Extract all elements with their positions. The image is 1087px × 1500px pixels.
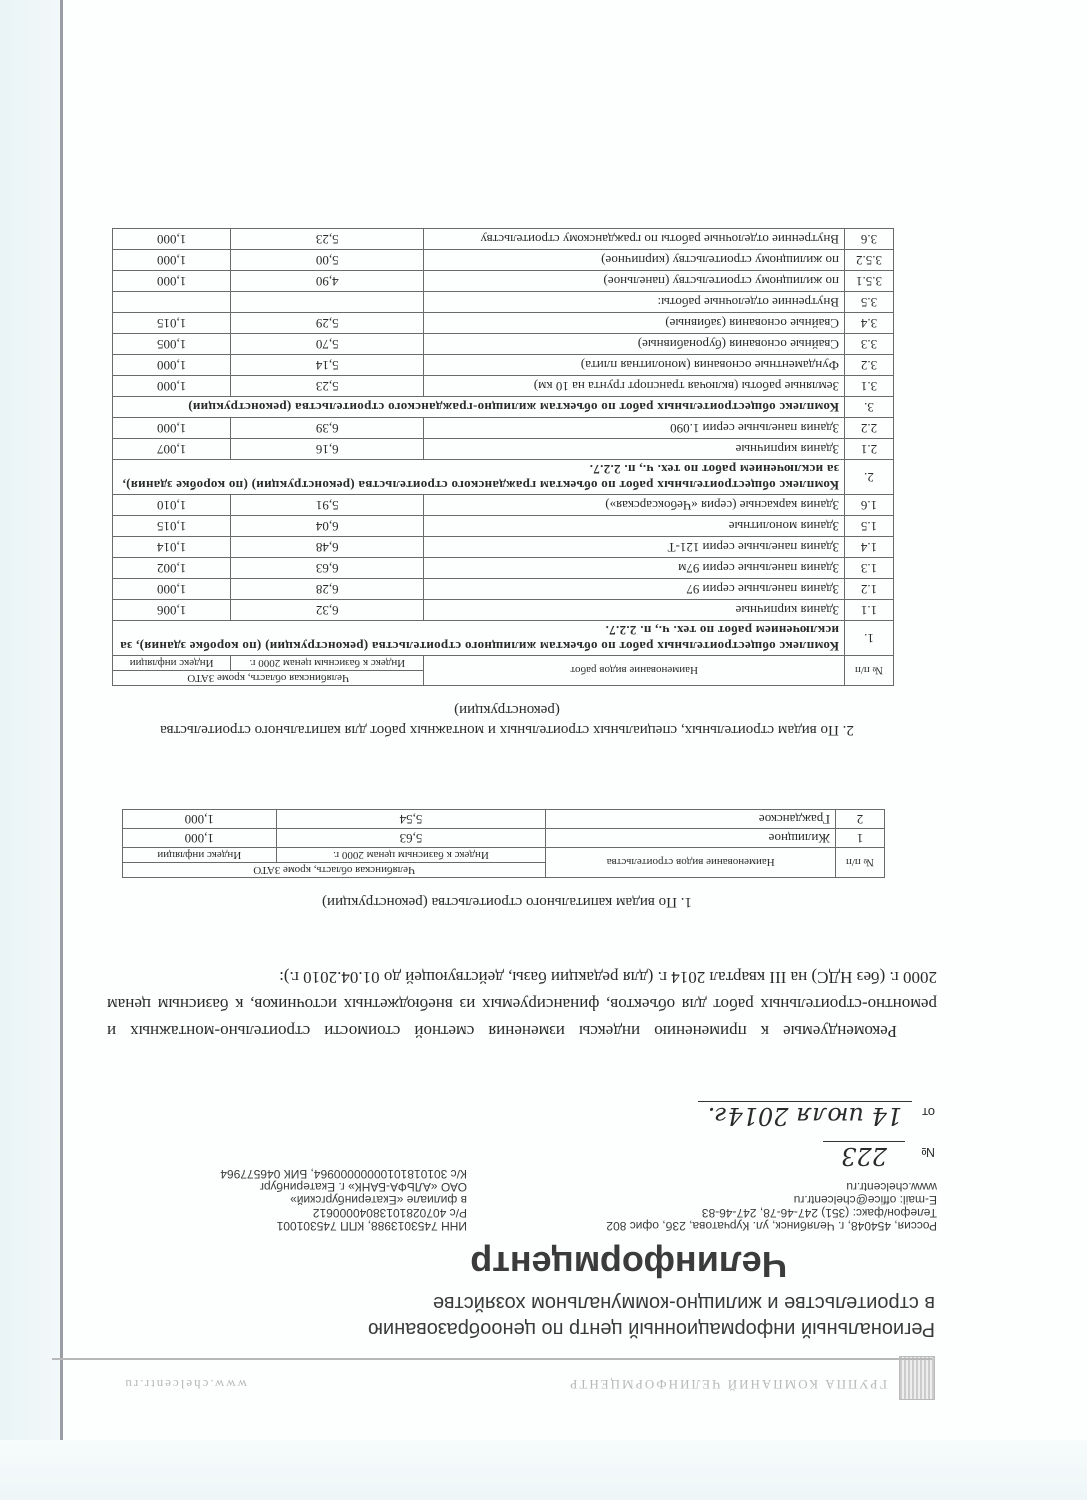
row-num: 2 — [836, 810, 885, 829]
col-inflation: Индекс инфляции — [113, 656, 231, 671]
bank-branch: в филиале «Екатеринбургский» — [220, 1193, 467, 1206]
bank-name: ОАО «АЛЬФА-БАНК» г. Екатеринбург — [220, 1180, 467, 1193]
row-base-index: 6,63 — [231, 558, 424, 579]
row-base-index: 6,48 — [231, 537, 424, 558]
table-row: 3.5.1по жилищному строительству (панельн… — [113, 271, 894, 292]
row-base-index: 5,23 — [231, 229, 424, 250]
table-row: 1.1Здания кирпичные6,321,006 — [113, 600, 894, 621]
col-num: № п/п — [845, 656, 894, 686]
col-num: № п/п — [836, 848, 885, 878]
row-inflation: 1,014 — [113, 537, 231, 558]
table-row: 1.6Здания каркасные (серия «Чебоксарская… — [113, 495, 894, 516]
row-name: Комплекс общестроительных работ по объек… — [113, 621, 845, 656]
row-name: Внутренние отделочные работы: — [424, 292, 845, 313]
col-region: Челябинская область, кроме ЗАТО — [113, 671, 424, 686]
intro-paragraph: Рекомендуемые к применению индексы измен… — [107, 964, 937, 1045]
table-construction-types: № п/п Наименование видов строительства Ч… — [122, 809, 885, 878]
row-name: Гражданское — [546, 810, 836, 829]
col-inflation: Индекс инфляции — [123, 848, 277, 863]
section-2-title: 2. По видам строительных, специальных ст… — [107, 700, 907, 740]
row-name: Земляные работы (включая транспорт грунт… — [424, 376, 845, 397]
table-row: 1.3Здания панельные серии 97м6,631,002 — [113, 558, 894, 579]
col-base-index: Индекс к базисным ценам 2000 г. — [231, 656, 424, 671]
table-row: 3.5.2по жилищному строительству (кирпичн… — [113, 250, 894, 271]
row-name: Внутренние отделочные работы по гражданс… — [424, 229, 845, 250]
row-num: 3.2 — [845, 355, 894, 376]
col-base-index: Индекс к базисным ценам 2000 г. — [276, 848, 546, 863]
row-name: Свайные основания (буронабивные) — [424, 334, 845, 355]
row-num: 3.5.1 — [845, 271, 894, 292]
row-name: Здания панельные серии 1.090 — [424, 418, 845, 439]
row-name: по жилищному строительству (панельное) — [424, 271, 845, 292]
scan-edge — [0, 0, 63, 1500]
row-base-index: 5,14 — [231, 355, 424, 376]
table-row: 3.Комплекс общестроительных работ по объ… — [113, 397, 894, 418]
contacts-bank: ИНН 7453013988, КПП 745301001 Р/с 407028… — [220, 1167, 467, 1232]
row-inflation: 1,000 — [123, 810, 277, 829]
table-row: 2.1Здания кирпичные6,161,007 — [113, 439, 894, 460]
table-row: 3.3Свайные основания (буронабивные)5,701… — [113, 334, 894, 355]
section-1-title: 1. По видам капитального строительства (… — [107, 893, 907, 910]
document-number: №223 — [823, 1142, 935, 1170]
row-base-index: 5,54 — [276, 810, 546, 829]
group-site: www.chelcentr.ru — [123, 1376, 247, 1392]
row-name: Здания кирпичные — [424, 439, 845, 460]
row-inflation: 1,000 — [113, 355, 231, 376]
col-name: Наименование видов строительства — [546, 848, 836, 878]
row-num: 1.3 — [845, 558, 894, 579]
org-line-1: Региональный информационный центр по цен… — [368, 1317, 935, 1340]
table-row: 2.2Здания панельные серии 1.0906,391,000 — [113, 418, 894, 439]
row-num: 1.1 — [845, 600, 894, 621]
table-row: 3.2Фундаментные основания (монолитная пл… — [113, 355, 894, 376]
group-name: ГРУППА КОМПАНИЙ ЧЕЛИНФОРМЦЕНТР — [568, 1376, 887, 1392]
scanned-page: ГРУППА КОМПАНИЙ ЧЕЛИНФОРМЦЕНТР www.chelc… — [0, 0, 1087, 1500]
email: E-mail: office@chelcentr.ru — [606, 1193, 937, 1206]
table-row: 1Жилищное5,631,000 — [123, 829, 885, 848]
inn: ИНН 7453013988, КПП 745301001 — [220, 1219, 467, 1232]
row-inflation: 1,007 — [113, 439, 231, 460]
row-base-index — [231, 292, 424, 313]
table-work-types: № п/п Наименование видов работ Челябинск… — [112, 228, 894, 686]
row-name: Свайные основания (забивные) — [424, 313, 845, 334]
table-row: 1.5Здания монолитные6,041,015 — [113, 516, 894, 537]
row-name: Комплекс общестроительных работ по объек… — [113, 397, 845, 418]
row-name: Комплекс общестроительных работ по объек… — [113, 460, 845, 495]
row-inflation: 1,010 — [113, 495, 231, 516]
row-num: 3.5 — [845, 292, 894, 313]
row-inflation: 1,000 — [113, 418, 231, 439]
org-line-2: в строительстве и жилищно-коммунальном х… — [433, 1291, 935, 1314]
row-base-index: 6,32 — [231, 600, 424, 621]
row-inflation: 1,015 — [113, 516, 231, 537]
row-base-index: 6,39 — [231, 418, 424, 439]
doc-number-label: № — [921, 1145, 935, 1160]
row-num: 1.4 — [845, 537, 894, 558]
col-name: Наименование видов работ — [424, 656, 845, 686]
row-num: 3.5.2 — [845, 250, 894, 271]
row-name: Здания панельные серии 97м — [424, 558, 845, 579]
row-base-index: 5,00 — [231, 250, 424, 271]
org-title: Челинформцентр — [470, 1243, 787, 1285]
table-row: 3.1Земляные работы (включая транспорт гр… — [113, 376, 894, 397]
row-name: Здания панельные серии 97 — [424, 579, 845, 600]
row-num: 2. — [845, 460, 894, 495]
corr-account: К/с 30101810100000000964, БИК 046577964 — [220, 1167, 467, 1180]
contacts-address: Россия, 454048, г. Челябинск, ул. Курчат… — [606, 1180, 937, 1232]
row-inflation: 1,000 — [113, 229, 231, 250]
row-base-index: 5,23 — [231, 376, 424, 397]
row-num: 2.1 — [845, 439, 894, 460]
row-num: 3.6 — [845, 229, 894, 250]
row-base-index: 4,90 — [231, 271, 424, 292]
row-num: 1.6 — [845, 495, 894, 516]
phone: Телефон/факс: (351) 247-46-78, 247-46-83 — [606, 1206, 937, 1219]
col-region: Челябинская область, кроме ЗАТО — [123, 863, 546, 878]
row-base-index: 5,91 — [231, 495, 424, 516]
document-date: от14 июля 2014г. — [698, 1102, 935, 1130]
address: Россия, 454048, г. Челябинск, ул. Курчат… — [606, 1219, 937, 1232]
row-inflation: 1,005 — [113, 334, 231, 355]
row-name: Жилищное — [546, 829, 836, 848]
row-num: 3.1 — [845, 376, 894, 397]
account: Р/с 40702810138040000612 — [220, 1206, 467, 1219]
row-name: Здания монолитные — [424, 516, 845, 537]
table-row: 3.6Внутренние отделочные работы по гражд… — [113, 229, 894, 250]
table-row: 2.Комплекс общестроительных работ по объ… — [113, 460, 894, 495]
row-name: Здания каркасные (серия «Чебоксарская») — [424, 495, 845, 516]
row-base-index: 6,16 — [231, 439, 424, 460]
row-inflation: 1,015 — [113, 313, 231, 334]
row-name: по жилищному строительству (кирпичное) — [424, 250, 845, 271]
table-row: 3.4Свайные основания (забивные)5,291,015 — [113, 313, 894, 334]
row-inflation: 1,000 — [113, 376, 231, 397]
row-num: 1.5 — [845, 516, 894, 537]
row-num: 3.3 — [845, 334, 894, 355]
row-num: 2.2 — [845, 418, 894, 439]
row-base-index: 5,63 — [276, 829, 546, 848]
row-base-index: 6,04 — [231, 516, 424, 537]
row-inflation: 1,006 — [113, 600, 231, 621]
doc-date-label: от — [922, 1105, 935, 1120]
doc-date-value: 14 июля 2014г. — [698, 1101, 912, 1130]
row-base-index: 5,29 — [231, 313, 424, 334]
row-inflation: 1,000 — [123, 829, 277, 848]
row-inflation: 1,000 — [113, 579, 231, 600]
row-num: 1 — [836, 829, 885, 848]
table-row: 3.5Внутренние отделочные работы: — [113, 292, 894, 313]
table-row: 1.4Здания панельные серии 121-Т6,481,014 — [113, 537, 894, 558]
row-inflation: 1,000 — [113, 250, 231, 271]
doc-number-value: 223 — [823, 1141, 905, 1170]
row-base-index: 5,70 — [231, 334, 424, 355]
row-name: Здания кирпичные — [424, 600, 845, 621]
table-row: 2Гражданское5,541,000 — [123, 810, 885, 829]
table-row: 1.Комплекс общестроительных работ по объ… — [113, 621, 894, 656]
row-base-index: 6,28 — [231, 579, 424, 600]
table-row: 1.2Здания панельные серии 976,281,000 — [113, 579, 894, 600]
website: www.chelcentr.ru — [606, 1180, 937, 1193]
row-num: 3. — [845, 397, 894, 418]
scan-border — [0, 1440, 1087, 1500]
row-inflation: 1,000 — [113, 271, 231, 292]
row-inflation — [113, 292, 231, 313]
row-name: Здания панельные серии 121-Т — [424, 537, 845, 558]
row-num: 1.2 — [845, 579, 894, 600]
row-num: 1. — [845, 621, 894, 656]
row-name: Фундаментные основания (монолитная плита… — [424, 355, 845, 376]
row-num: 3.4 — [845, 313, 894, 334]
row-inflation: 1,002 — [113, 558, 231, 579]
